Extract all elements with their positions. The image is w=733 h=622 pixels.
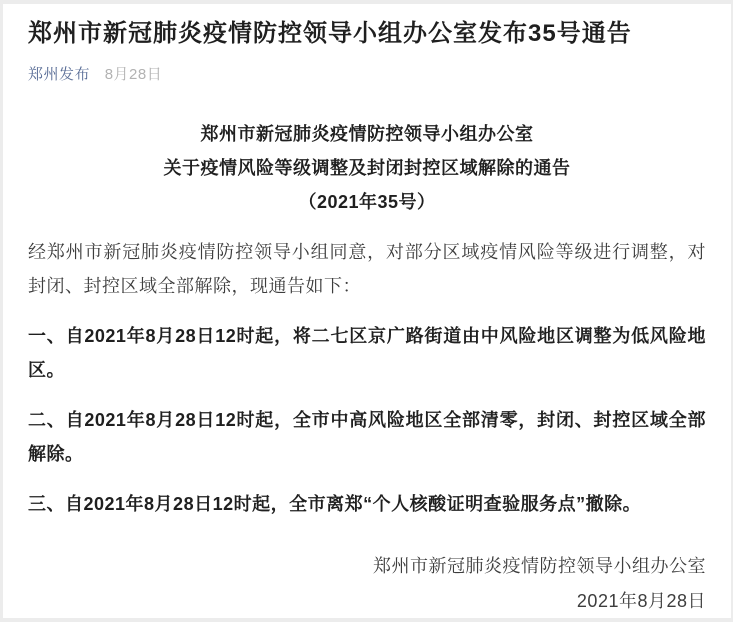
account-name-link[interactable]: 郑州发布 <box>28 66 90 83</box>
publish-date: 8月28日 <box>105 66 163 83</box>
notice-heading-org: 郑州市新冠肺炎疫情防控领导小组办公室 <box>28 117 706 151</box>
byline: 郑州发布 8月28日 <box>28 64 706 85</box>
intro-paragraph: 经郑州市新冠肺炎疫情防控领导小组同意，对部分区域疫情风险等级进行调整，对封闭、封… <box>28 235 706 303</box>
notice-heading-number: （2021年35号） <box>28 185 706 219</box>
signature-block: 郑州市新冠肺炎疫情防控领导小组办公室 2021年8月28日 <box>28 549 706 619</box>
notice-item-1: 一、自2021年8月28日12时起，将二七区京广路街道由中风险地区调整为低风险地… <box>28 319 706 387</box>
signature-date: 2021年8月28日 <box>28 584 706 619</box>
notice-item-2: 二、自2021年8月28日12时起，全市中高风险地区全部清零，封闭、封控区域全部… <box>28 403 706 471</box>
article-title: 郑州市新冠肺炎疫情防控领导小组办公室发布35号通告 <box>28 18 706 50</box>
notice-heading-block: 郑州市新冠肺炎疫情防控领导小组办公室 关于疫情风险等级调整及封闭封控区域解除的通… <box>28 117 706 219</box>
notice-heading-subject: 关于疫情风险等级调整及封闭封控区域解除的通告 <box>28 151 706 185</box>
signature-org: 郑州市新冠肺炎疫情防控领导小组办公室 <box>28 549 706 584</box>
article-page: 郑州市新冠肺炎疫情防控领导小组办公室发布35号通告 郑州发布 8月28日 郑州市… <box>0 0 733 622</box>
notice-item-3: 三、自2021年8月28日12时起，全市离郑“个人核酸证明查验服务点”撤除。 <box>28 487 706 521</box>
